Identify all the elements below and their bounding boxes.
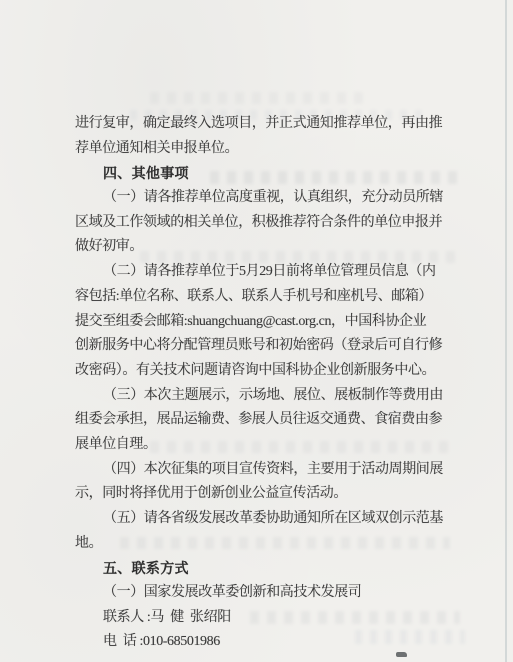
doc-line: 区域及工作领域的相关单位，积极推荐符合条件的单位申报并 — [75, 211, 457, 236]
doc-line: 展单位自理。 — [75, 433, 457, 458]
document-text-block: 进行复审，确定最终入选项目，并正式通知推荐单位，再由推 荐单位通知相关申报单位。… — [75, 112, 457, 655]
doc-line: （四）本次征集的项目宣传资料，主要用于活动周期间展 — [75, 458, 457, 483]
scanned-document-page: 进行复审，确定最终入选项目，并正式通知推荐单位，再由推 荐单位通知相关申报单位。… — [0, 0, 513, 662]
section-heading-other-matters: 四、其他事项 — [75, 161, 457, 186]
section-heading-contact-info: 五、联系方式 — [75, 556, 457, 581]
doc-line: 地。 — [75, 532, 457, 557]
doc-line: 创新服务中心将分配管理员账号和初始密码（登录后可自行修 — [75, 334, 457, 359]
doc-line: 改密码）。有关技术问题请咨询中国科协企业创新服务中心。 — [75, 359, 457, 384]
bleed-through-artifact — [150, 92, 370, 104]
doc-line: 进行复审，确定最终入选项目，并正式通知推荐单位，再由推 — [75, 112, 457, 137]
doc-line: 容包括:单位名称、联系人、联系人手机号和座机号、邮箱） — [75, 285, 457, 310]
scanner-edge-line — [505, 0, 507, 662]
doc-line: （五）请各省级发展改革委协助通知所在区域双创示范基 — [75, 507, 457, 532]
doc-line: （一）请各推荐单位高度重视，认真组织，充分动员所辖 — [75, 186, 457, 211]
doc-line: （二）请各推荐单位于5月29日前将单位管理员信息（内 — [75, 260, 457, 285]
doc-line: 组委会承担，展品运输费、参展人员往返交通费、食宿费由参 — [75, 408, 457, 433]
doc-line: 示，同时将择优用于创新创业公益宣传活动。 — [75, 482, 457, 507]
contact-department-line: （一）国家发展改革委创新和高技术发展司 — [75, 581, 457, 606]
contact-phone-line: 电 话 :010-68501986 — [75, 630, 457, 655]
doc-line-email: 提交至组委会邮箱:shuangchuang@cast.org.cn，中国科协企业 — [75, 310, 457, 335]
doc-line: 做好初审。 — [75, 235, 457, 260]
doc-line: （三）本次主题展示，示场地、展位、展板制作等费用由 — [75, 384, 457, 409]
contact-person-line: 联系人 :马 健 张绍阳 — [75, 606, 457, 631]
doc-line: 荐单位通知相关申报单位。 — [75, 137, 457, 162]
